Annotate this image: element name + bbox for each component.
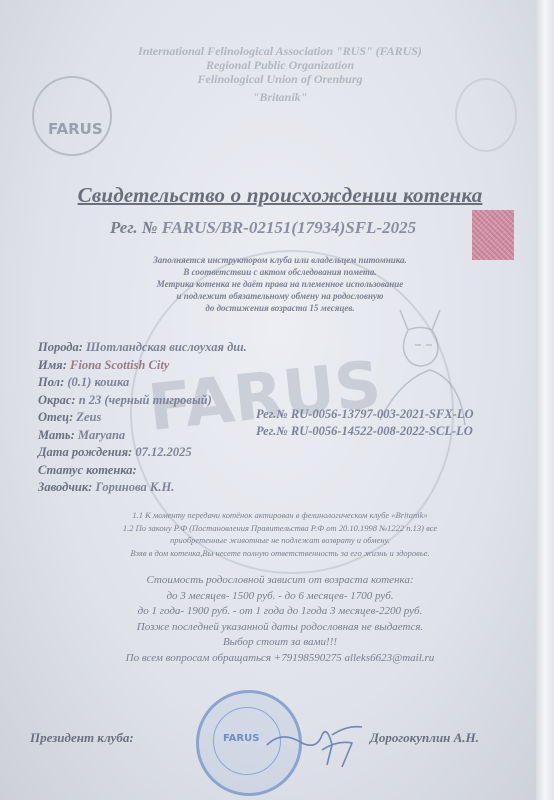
- note-line: Заполняется инструктором клуба или владе…: [110, 254, 450, 266]
- field-value: Fiona Scottish City: [70, 358, 169, 372]
- field-mother: Мать: Maryana: [38, 427, 247, 445]
- price-line: Позже последней указанной даты родословн…: [60, 620, 500, 636]
- field-value: (0.1) кошка: [67, 375, 129, 389]
- president-label: Президент клуба:: [30, 730, 134, 746]
- parents-registration: Рег.№ RU-0056-13797-003-2021-SFX-LO Рег.…: [256, 406, 474, 440]
- document-title: Свидетельство о происхождении котенка: [40, 183, 520, 208]
- registration-value: FARUS/BR-02151(17934)SFL-2025: [162, 218, 416, 237]
- field-sex: Пол: (0.1) кошка: [38, 374, 247, 392]
- header-line: Regional Public Organization: [90, 58, 470, 72]
- field-label: Порода:: [38, 340, 83, 354]
- header-line: Felinological Union of Orenburg: [90, 72, 470, 86]
- certificate-page: FARUS International Felinological Associ…: [0, 0, 554, 800]
- registration-label: Рег. №: [110, 218, 157, 237]
- note-line: до достижения возраста 15 месяцев.: [110, 302, 450, 314]
- field-label: Статус котенка:: [38, 463, 137, 477]
- header-line: International Felinological Association …: [90, 44, 470, 58]
- kitten-fields: Порода: Шотландская вислоухая дш. Имя: F…: [38, 339, 247, 497]
- field-label: Пол:: [38, 375, 64, 389]
- field-label: Мать:: [38, 428, 75, 442]
- header-line: "Britanik": [90, 90, 470, 104]
- field-status: Статус котенка:: [38, 462, 247, 480]
- father-reg-number: Рег.№ RU-0056-13797-003-2021-SFX-LO: [256, 406, 474, 423]
- field-label: Дата рождения:: [38, 445, 132, 459]
- field-value: Шотландская вислоухая дш.: [86, 340, 247, 354]
- paper-edge: [536, 0, 554, 800]
- terms-block: 1.1 К моменту передачи котёнок актирован…: [50, 509, 510, 559]
- field-color: Окрас: n 23 (черный тигровый): [38, 392, 247, 410]
- organization-header: International Felinological Association …: [90, 44, 470, 104]
- terms-line: 1.1 К моменту передачи котёнок актирован…: [50, 509, 510, 522]
- field-label: Имя:: [38, 358, 67, 372]
- field-label: Отец:: [38, 410, 73, 424]
- farus-logo-text: FARUS: [48, 120, 103, 138]
- note-block: Заполняется инструктором клуба или владе…: [110, 254, 450, 314]
- field-father: Отец: Zeus: [38, 409, 247, 427]
- qr-code: [472, 210, 514, 260]
- price-line: до 1 года- 1900 руб. - от 1 года до 1год…: [60, 604, 500, 620]
- president-name: Дорогокуплин А.Н.: [370, 730, 479, 746]
- field-label: Заводчик:: [38, 480, 92, 494]
- note-line: В соответствии с актом обследования поме…: [110, 266, 450, 278]
- field-value: n 23 (черный тигровый): [79, 393, 212, 407]
- terms-line: приобретенные животные не подлежат возвр…: [50, 534, 510, 547]
- mother-reg-number: Рег.№ RU-0056-14522-008-2022-SCL-LO: [256, 423, 474, 440]
- contact-line: По всем вопросам обращаться +79198590275…: [60, 651, 500, 667]
- field-name: Имя: Fiona Scottish City: [38, 357, 247, 375]
- field-value: Maryana: [78, 428, 125, 442]
- field-value: Горинова К.Н.: [95, 480, 174, 494]
- field-value: 07.12.2025: [135, 445, 191, 459]
- terms-line: Взяв в дом котенка,Вы несете полную отве…: [50, 547, 510, 560]
- pedigree-prices: Стоимость родословной зависит от возраст…: [60, 573, 500, 666]
- price-line: Стоимость родословной зависит от возраст…: [60, 573, 500, 589]
- field-breeder: Заводчик: Горинова К.Н.: [38, 479, 247, 497]
- note-line: и подлежит обязательному обмену на родос…: [110, 290, 450, 302]
- price-line: Выбор стоит за вами!!!: [60, 635, 500, 651]
- field-label: Окрас:: [38, 393, 76, 407]
- note-line: Метрика котенка не даёт права на племенн…: [110, 278, 450, 290]
- registration-number: Рег. № FARUS/BR-02151(17934)SFL-2025: [110, 218, 416, 238]
- signature-icon: [262, 705, 372, 775]
- price-line: до 3 месяцев- 1500 руб. - до 6 месяцев- …: [60, 589, 500, 605]
- stamp-text: FARUS: [223, 733, 259, 744]
- field-breed: Порода: Шотландская вислоухая дш.: [38, 339, 247, 357]
- field-birth-date: Дата рождения: 07.12.2025: [38, 444, 247, 462]
- terms-line: 1.2 По закону Р.Ф (Постановления Правите…: [50, 522, 510, 535]
- field-value: Zeus: [76, 410, 101, 424]
